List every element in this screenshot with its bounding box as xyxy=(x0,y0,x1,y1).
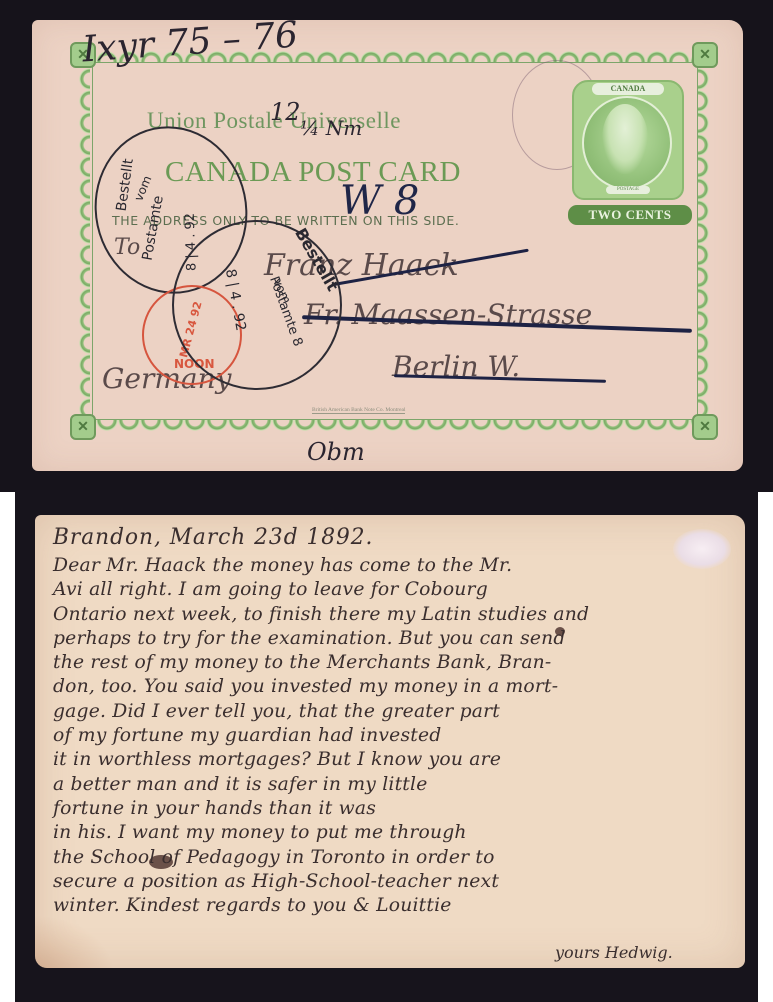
letter-line: Dear Mr. Haack the money has come to the… xyxy=(53,553,733,577)
letter-line: a better man and it is safer in my littl… xyxy=(53,772,733,796)
printed-stamp: CANADA POSTAGE TWO CENTS xyxy=(568,80,688,202)
corner-rosette-icon: ✕ xyxy=(70,414,96,440)
border-right xyxy=(698,68,718,414)
letter-line: Ontario next week, to finish there my La… xyxy=(53,602,733,626)
printer-imprint: British American Bank Note Co. Montreal xyxy=(312,407,405,414)
postcard-back: Brandon, March 23d 1892. Dear Mr. Haack … xyxy=(35,515,745,968)
note-2: 12 xyxy=(270,98,301,126)
postcard-front: ✕ ✕ ✕ ✕ Union Postale Universelle CANADA… xyxy=(32,20,743,471)
letter-line: gage. Did I ever tell you, that the grea… xyxy=(53,699,733,723)
handwritten-letter: Brandon, March 23d 1892. Dear Mr. Haack … xyxy=(53,523,743,917)
letter-line: the rest of my money to the Merchants Ba… xyxy=(53,650,733,674)
letter-line: in his. I want my money to put me throug… xyxy=(53,820,733,844)
letter-signature: yours Hedwig. xyxy=(555,943,673,962)
letter-line: it in worthless mortgages? But I know yo… xyxy=(53,747,733,771)
letter-line: fortune in your hands than it was xyxy=(53,796,733,820)
bottom-note: Obm xyxy=(307,438,365,466)
stamp-country: CANADA xyxy=(592,83,664,95)
border-left xyxy=(70,68,90,414)
note-3: ¼ Nm xyxy=(300,116,362,140)
letter-line: don, too. You said you invested my money… xyxy=(53,674,733,698)
corner-rosette-icon: ✕ xyxy=(692,414,718,440)
berlin-postmark-2: Bestellt vom Postamte 8 8 | 4 . 92 xyxy=(172,220,342,390)
letter-line: secure a position as High-School-teacher… xyxy=(53,869,733,893)
letter-line: winter. Kindest regards to you & Louitti… xyxy=(53,893,733,917)
letter-dateline: Brandon, March 23d 1892. xyxy=(53,523,733,553)
border-bottom xyxy=(96,420,692,440)
letter-line: Avi all right. I am going to leave for C… xyxy=(53,577,733,601)
corner-rosette-icon: ✕ xyxy=(692,42,718,68)
stamp-small-label: POSTAGE xyxy=(606,186,650,194)
letter-line: the School of Pedagogy in Toronto in ord… xyxy=(53,845,733,869)
corner-stain xyxy=(35,915,115,968)
blue-mark: W 8 xyxy=(340,178,419,224)
letter-line: perhaps to try for the examination. But … xyxy=(53,626,733,650)
portrait-bust xyxy=(602,104,648,174)
letter-line: of my fortune my guardian had invested xyxy=(53,723,733,747)
stamp-value: TWO CENTS xyxy=(568,205,692,225)
